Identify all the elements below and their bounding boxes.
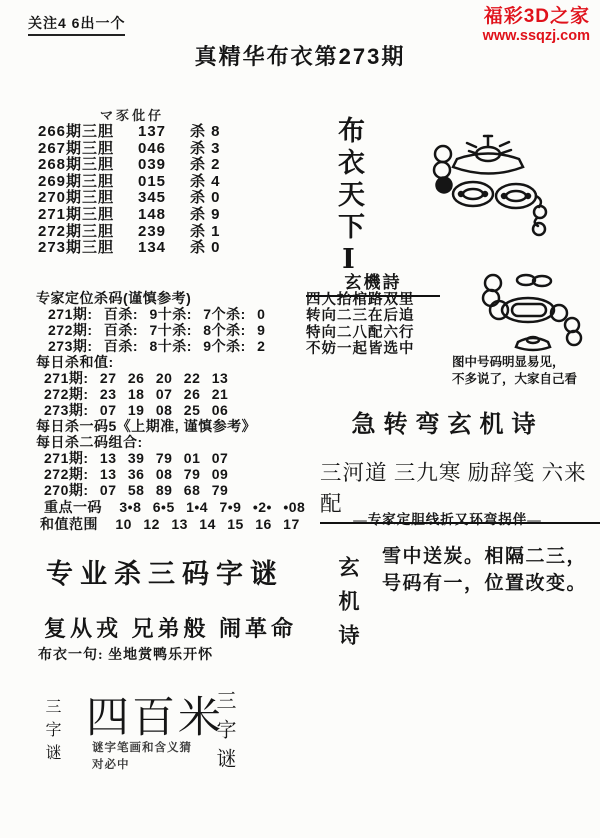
- xuanji-line1: 四人抬棺路双里: [306, 292, 415, 308]
- sharp-turn-subnote: —专家定胆线折又环弯拐伴—: [305, 508, 590, 528]
- three-riddle-note: 谜字笔画和含义猜 对必中: [92, 740, 192, 774]
- dan-issue: 272期三胆: [38, 224, 138, 241]
- sum-range-line: 和值范围 10 12 13 14 15 16 17: [40, 514, 300, 534]
- three-riddle-word: 四百米: [86, 684, 224, 745]
- dan-numbers: 015: [138, 174, 190, 191]
- xuanji-line2: 转向二三在后追: [306, 308, 415, 324]
- xuanji-line3: 特向二八配六行: [306, 325, 415, 341]
- dan-kill: 杀 4: [190, 174, 221, 191]
- dan-row: 269期三胆 015 杀 4: [38, 174, 221, 191]
- dan-kill: 杀 2: [190, 157, 221, 174]
- dan-numbers: 039: [138, 157, 190, 174]
- bottom-poem: 雪中送炭。相隔二三， 号码有一，位置改变。: [382, 543, 587, 597]
- three-riddle-right-label: 三字谜: [210, 690, 239, 777]
- site-logo-title: 福彩3D之家: [483, 6, 590, 28]
- dan-row: 272期三胆 239 杀 1: [38, 224, 221, 241]
- bottom-poem-line1: 雪中送炭。相隔二三，: [382, 543, 587, 570]
- dan-kill: 杀 1: [190, 224, 221, 241]
- dan-list: 266期三胆 137 杀 8 267期三胆 046 杀 3 268期三胆 039…: [38, 124, 221, 257]
- dan-kill: 杀 9: [190, 207, 221, 224]
- dan-issue: 273期三胆: [38, 240, 138, 257]
- dan-kill: 杀 0: [190, 190, 221, 207]
- sum-range-values: 10 12 13 14 15 16 17: [115, 516, 299, 532]
- dan-numbers: 134: [138, 240, 190, 257]
- kill-three-riddle: 复从戎 兄弟般 闹革命: [44, 612, 297, 643]
- xuanji-poem: 四人抬棺路双里 转向二三在后追 特向二八配六行 不妨一起皆选中: [306, 292, 415, 358]
- dan-kill: 杀 3: [190, 141, 221, 158]
- sum-range-label: 和值范围: [40, 516, 98, 532]
- sharp-turn-title: 急转弯玄机诗: [305, 404, 590, 439]
- xuanji-line4: 不妨一起皆选中: [306, 341, 415, 357]
- dan-issue: 268期三胆: [38, 157, 138, 174]
- dan-list-header: マ豕仳仔: [100, 105, 164, 124]
- page-title: 真精华布衣第273期: [0, 40, 600, 71]
- dan-numbers: 148: [138, 207, 190, 224]
- dan-numbers: 239: [138, 224, 190, 241]
- dan-row: 270期三胆 345 杀 0: [38, 190, 221, 207]
- three-riddle-note-line2: 对必中: [92, 757, 192, 774]
- site-logo: 福彩3D之家 www.ssqzj.com: [483, 6, 590, 45]
- dan-kill: 杀 0: [190, 240, 221, 257]
- attention-note: 关注4 6出一个: [28, 13, 125, 36]
- dan-issue: 269期三胆: [38, 174, 138, 191]
- key-one-values: 3•8 6•5 1•4 7•9 •2• •08: [119, 499, 305, 515]
- picture-note-line1: 图中号码明显易见，: [452, 354, 577, 371]
- dan-issue: 271期三胆: [38, 207, 138, 224]
- buyi-tianxia-title: 布衣天下Ⅰ: [330, 116, 369, 280]
- ingot-coins-drawing: [425, 132, 570, 237]
- three-riddle-note-line1: 谜字笔画和含义猜: [92, 740, 192, 757]
- dan-issue: 266期三胆: [38, 124, 138, 141]
- dan-row: 271期三胆 148 杀 9: [38, 207, 221, 224]
- dan-row: 273期三胆 134 杀 0: [38, 240, 221, 257]
- dan-row: 266期三胆 137 杀 8: [38, 124, 221, 141]
- bottom-poem-vertical-label: 玄机诗: [332, 556, 362, 658]
- picture-note-line2: 不多说了，大家自己看: [452, 371, 577, 388]
- buyi-sentence: 布衣一句: 坐地赏鸭乐开怀: [38, 644, 213, 664]
- picture-note: 图中号码明显易见， 不多说了，大家自己看: [452, 354, 577, 388]
- dan-row: 267期三胆 046 杀 3: [38, 141, 221, 158]
- key-one-label: 重点一码: [44, 499, 102, 515]
- dan-row: 268期三胆 039 杀 2: [38, 157, 221, 174]
- dan-kill: 杀 8: [190, 124, 221, 141]
- dan-numbers: 137: [138, 124, 190, 141]
- three-riddle-left-label: 三字谜: [40, 698, 63, 767]
- bottom-poem-line2: 号码有一，位置改变。: [382, 570, 587, 597]
- dan-numbers: 046: [138, 141, 190, 158]
- dan-issue: 267期三胆: [38, 141, 138, 158]
- dan-numbers: 345: [138, 190, 190, 207]
- kill-three-title: 专业杀三码字谜: [46, 552, 284, 591]
- circles-coin-drawing: [478, 272, 590, 354]
- lottery-sheet-page: 关注4 6出一个 福彩3D之家 www.ssqzj.com 真精华布衣第273期…: [0, 0, 600, 838]
- dan-issue: 270期三胆: [38, 190, 138, 207]
